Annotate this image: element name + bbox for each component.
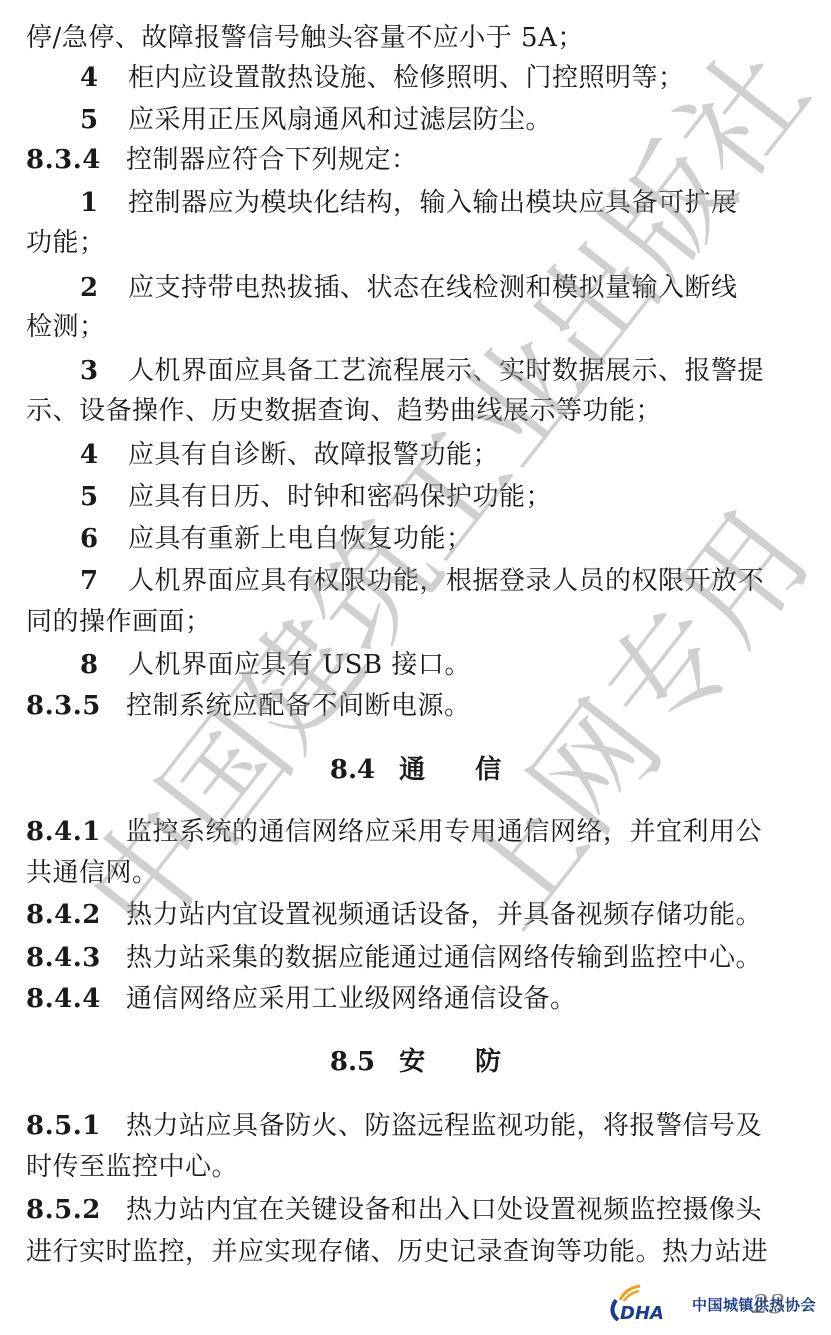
clause-number: 8.3.4 [26,140,126,180]
item-text: 控制器应为模块化结构，输入输出模块应具备可扩展 [128,188,738,218]
clause-8-4-1: 8.4.1监控系统的通信网络应采用专用通信网络，并宜利用公 [26,812,816,852]
clause-8-3-5: 8.3.5控制系统应配备不间断电源。 [26,686,816,726]
text-line: 共通信网。 [26,853,816,893]
clause-number: 8.5.2 [26,1190,126,1230]
clause-text: 通信网络应采用工业级网络通信设备。 [126,984,577,1014]
item-number: 8 [80,645,128,685]
page-number: 23 [752,1290,785,1320]
item-number: 7 [80,561,128,601]
item-text-continued: 检测； [26,312,106,342]
text-line: 停/急停、故障报警信号触头容量不应小于 5A； [26,18,816,58]
paragraph-text: 停/急停、故障报警信号触头容量不应小于 5A； [26,23,584,53]
clause-text: 监控系统的通信网络应采用专用通信网络，并宜利用公 [126,817,762,847]
clause-text: 热力站应具备防火、防盗远程监视功能，将报警信号及 [126,1111,762,1141]
clause-8-5-1: 8.5.1热力站应具备防火、防盗远程监视功能，将报警信号及 [26,1106,816,1146]
item-number: 3 [80,351,128,391]
clause-text: 控制器应符合下列规定： [126,145,418,175]
clause-8-5-2: 8.5.2热力站内宜在关键设备和出入口处设置视频监控摄像头 [26,1190,816,1230]
clause-number: 8.3.5 [26,686,126,726]
item-number: 5 [80,477,128,517]
svg-text:DHA: DHA [620,1303,664,1324]
list-item: 6应具有重新上电自恢复功能； [80,519,816,559]
item-text-continued: 示、设备操作、历史数据查询、趋势曲线展示等功能； [26,396,662,426]
clause-text: 控制系统应配备不间断电源。 [126,691,471,721]
clause-8-4-4: 8.4.4通信网络应采用工业级网络通信设备。 [26,979,816,1019]
text-line: 功能； [26,223,816,263]
list-item: 4应具有自诊断、故障报警功能； [80,435,816,475]
clause-text: 热力站内宜设置视频通话设备，并具备视频存储功能。 [126,900,762,930]
section-title-char: 防 [475,1047,501,1077]
section-title-char: 信 [475,755,501,785]
clause-text-continued: 时传至监控中心。 [26,1152,238,1182]
text-line: 时传至监控中心。 [26,1147,816,1187]
list-item: 2应支持带电热拔插、状态在线检测和模拟量输入断线 [80,268,816,308]
clause-number: 8.4.1 [26,812,126,852]
section-number: 8.5 [330,1047,375,1077]
clause-8-4-3: 8.4.3热力站采集的数据应能通过通信网络传输到监控中心。 [26,938,816,978]
list-item: 1控制器应为模块化结构，输入输出模块应具备可扩展 [80,183,816,223]
section-heading-8-4: 8.4通信 [0,750,831,790]
list-item: 3人机界面应具备工艺流程展示、实时数据展示、报警提 [80,351,816,391]
section-number: 8.4 [330,755,375,785]
text-line: 检测； [26,307,816,347]
clause-number: 8.4.4 [26,979,126,1019]
item-number: 4 [80,435,128,475]
document-page: 停/急停、故障报警信号触头容量不应小于 5A； 4柜内应设置散热设施、检修照明、… [0,0,831,1335]
item-text: 应具有重新上电自恢复功能； [128,524,473,554]
item-text: 人机界面应具有 USB 接口。 [128,650,471,680]
item-number: 6 [80,519,128,559]
clause-text: 热力站内宜在关键设备和出入口处设置视频监控摄像头 [126,1195,762,1225]
item-text: 应具有自诊断、故障报警功能； [128,440,499,470]
clause-text-continued: 共通信网。 [26,858,159,888]
item-text: 应支持带电热拔插、状态在线检测和模拟量输入断线 [128,273,738,303]
item-text-continued: 同的操作画面； [26,607,212,637]
item-text: 应具有日历、时钟和密码保护功能； [128,482,552,512]
list-item: 5应采用正压风扇通风和过滤层防尘。 [80,100,816,140]
item-text: 人机界面应具有权限功能，根据登录人员的权限开放不 [128,566,764,596]
dha-logo-icon: DHA [606,1284,688,1324]
item-number: 5 [80,100,128,140]
item-text: 柜内应设置散热设施、检修照明、门控照明等； [128,63,685,93]
item-text: 人机界面应具备工艺流程展示、实时数据展示、报警提 [128,356,764,386]
clause-text: 热力站采集的数据应能通过通信网络传输到监控中心。 [126,943,762,973]
list-item: 5应具有日历、时钟和密码保护功能； [80,477,816,517]
list-item: 8人机界面应具有 USB 接口。 [80,645,816,685]
text-line: 同的操作画面； [26,602,816,642]
section-heading-8-5: 8.5安防 [0,1042,831,1082]
item-text: 应采用正压风扇通风和过滤层防尘。 [128,105,552,135]
item-number: 2 [80,268,128,308]
clause-text-continued: 进行实时监控，并应实现存储、历史记录查询等功能。热力站进 [26,1237,768,1267]
clause-number: 8.4.3 [26,938,126,978]
text-line: 示、设备操作、历史数据查询、趋势曲线展示等功能； [26,391,816,431]
clause-number: 8.4.2 [26,895,126,935]
section-title-char: 安 [399,1047,425,1077]
item-number: 1 [80,183,128,223]
list-item: 4柜内应设置散热设施、检修照明、门控照明等； [80,58,816,98]
text-line: 进行实时监控，并应实现存储、历史记录查询等功能。热力站进 [26,1232,816,1272]
clause-8-3-4: 8.3.4控制器应符合下列规定： [26,140,816,180]
section-title-char: 通 [399,755,425,785]
clause-8-4-2: 8.4.2热力站内宜设置视频通话设备，并具备视频存储功能。 [26,895,816,935]
item-text-continued: 功能； [26,228,106,258]
clause-number: 8.5.1 [26,1106,126,1146]
item-number: 4 [80,58,128,98]
list-item: 7人机界面应具有权限功能，根据登录人员的权限开放不 [80,561,816,601]
